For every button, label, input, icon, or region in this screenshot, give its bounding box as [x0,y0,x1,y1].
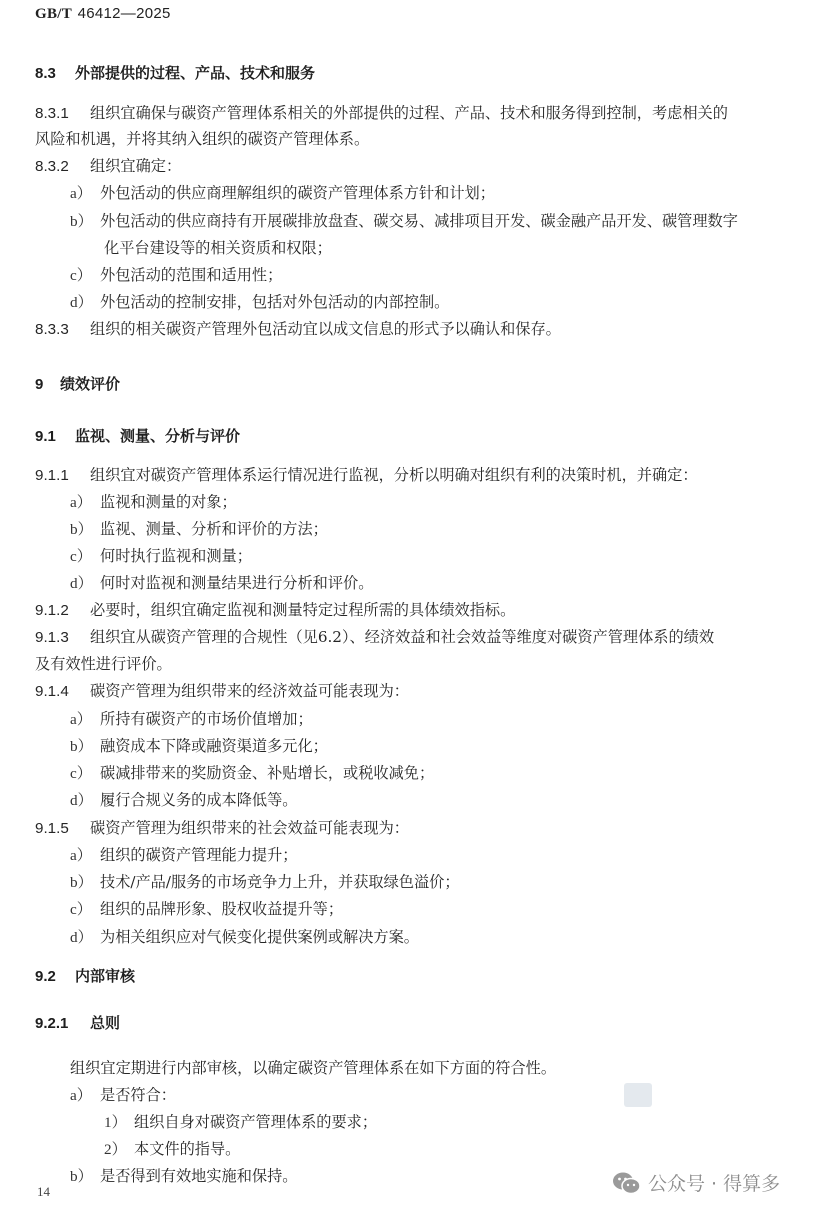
list-item: c）外包活动的范围和适用性； [70,265,282,286]
section-heading: 9.1监视、测量、分析与评价 [35,426,240,447]
line-text: 外包活动的控制安排，包括对外包活动的内部控制。 [100,293,449,311]
item-label: d） [70,791,100,811]
list-item: b）融资成本下降或融资渠道多元化； [70,736,328,757]
line-text: 总则 [90,1014,120,1032]
line-text: 是否符合： [100,1086,176,1104]
item-label: a） [70,1086,100,1106]
list-item: a）所持有碳资产的市场价值增加； [70,709,313,730]
line-text: 组织的品牌形象、股权收益提升等； [100,900,343,918]
line-text: 外包活动的供应商持有开展碳排放盘查、碳交易、减排项目开发、碳金融产品开发、碳管理… [100,212,738,230]
paragraph-line: 9.1.2必要时，组织宜确定监视和测量特定过程所需的具体绩效指标。 [35,600,515,621]
paragraph-line: 风险和机遇，并将其纳入组织的碳资产管理体系。 [35,129,369,149]
line-text: 风险和机遇，并将其纳入组织的碳资产管理体系。 [35,130,369,148]
list-item: b）监视、测量、分析和评价的方法； [70,519,328,540]
section-heading: 9绩效评价 [35,374,120,395]
line-text: 履行合规义务的成本降低等。 [100,791,297,809]
list-item: 1）组织自身对碳资产管理体系的要求； [104,1112,377,1133]
line-text: 碳资产管理为组织带来的社会效益可能表现为： [90,819,409,837]
clause-number: 8.3.1 [35,104,90,124]
section-heading: 9.2.1总则 [35,1013,120,1034]
line-text: 技术/产品/服务的市场竞争力上升，并获取绿色溢价； [100,873,460,891]
item-label: c） [70,266,100,286]
item-label: b） [70,212,100,232]
line-text: 为相关组织应对气候变化提供案例或解决方案。 [100,928,419,946]
line-text: 监视、测量、分析与评价 [75,427,240,445]
clause-number: 9.1 [35,427,75,447]
line-text: 外包活动的范围和适用性； [100,266,282,284]
list-item: c）碳减排带来的奖励资金、补贴增长，或税收减免； [70,763,434,784]
line-text: 所持有碳资产的市场价值增加； [100,710,313,728]
list-item: c）组织的品牌形象、股权收益提升等； [70,899,343,920]
list-item: b）外包活动的供应商持有开展碳排放盘查、碳交易、减排项目开发、碳金融产品开发、碳… [70,211,738,232]
line-text: 化平台建设等的相关资质和权限； [104,239,332,257]
line-text: 及有效性进行评价。 [35,655,172,673]
line-text: 外部提供的过程、产品、技术和服务 [75,64,315,82]
list-item: b）是否得到有效地实施和保持。 [70,1166,297,1187]
item-label: a） [70,184,100,204]
list-item: a）监视和测量的对象； [70,492,237,513]
line-text: 外包活动的供应商理解组织的碳资产管理体系方针和计划； [100,184,495,202]
line-text: 绩效评价 [60,375,120,393]
line-text: 何时执行监视和测量； [100,547,252,565]
line-text: 组织宜确保与碳资产管理体系相关的外部提供的过程、产品、技术和服务得到控制，考虑相… [90,104,728,122]
watermark-text: 公众号 · 得算多 [648,1169,780,1196]
item-label: b） [70,1167,100,1187]
list-item: b）技术/产品/服务的市场竞争力上升，并获取绿色溢价； [70,872,460,893]
clause-number: 9 [35,375,60,395]
line-text: 组织的碳资产管理能力提升； [100,846,297,864]
paragraph-line: 9.1.4碳资产管理为组织带来的经济效益可能表现为： [35,681,409,702]
item-label: b） [70,873,100,893]
item-label: 2） [104,1140,134,1160]
line-text: 监视和测量的对象； [100,493,237,511]
paragraph-line: 9.1.3组织宜从碳资产管理的合规性（见6.2）、经济效益和社会效益等维度对碳资… [35,627,714,648]
line-text: 组织宜从碳资产管理的合规性（见6.2）、经济效益和社会效益等维度对碳资产管理体系… [90,628,714,646]
list-item: d）履行合规义务的成本降低等。 [70,790,297,811]
item-label: a） [70,710,100,730]
line-text: 内部审核 [75,967,135,985]
item-label: b） [70,737,100,757]
line-text: 组织自身对碳资产管理体系的要求； [134,1113,377,1131]
section-heading: 8.3外部提供的过程、产品、技术和服务 [35,63,315,84]
paragraph-line: 9.1.1组织宜对碳资产管理体系运行情况进行监视，分析以明确对组织有利的决策时机… [35,465,698,486]
list-item: a）是否符合： [70,1085,176,1106]
line-text: 组织宜对碳资产管理体系运行情况进行监视，分析以明确对组织有利的决策时机，并确定： [90,466,698,484]
list-item: 2）本文件的指导。 [104,1139,240,1160]
paragraph-line: 8.3.3组织的相关碳资产管理外包活动宜以成文信息的形式予以确认和保存。 [35,319,561,340]
list-item: a）组织的碳资产管理能力提升； [70,845,297,866]
item-label: d） [70,928,100,948]
clause-number: 9.2.1 [35,1014,90,1034]
line-text: 监视、测量、分析和评价的方法； [100,520,328,538]
paragraph-line: 化平台建设等的相关资质和权限； [104,238,332,258]
clause-number: 9.1.3 [35,628,90,648]
clause-number: 8.3.2 [35,157,90,177]
item-label: d） [70,293,100,313]
page-number: 14 [37,1184,50,1200]
line-text: 组织宜确定： [90,157,181,175]
clause-number: 9.2 [35,967,75,987]
line-text: 碳减排带来的奖励资金、补贴增长，或税收减免； [100,764,434,782]
list-item: d）何时对监视和测量结果进行分析和评价。 [70,573,373,594]
clause-number: 9.1.5 [35,819,90,839]
clause-number: 9.1.1 [35,466,90,486]
list-item: d）外包活动的控制安排，包括对外包活动的内部控制。 [70,292,449,313]
item-label: a） [70,846,100,866]
item-label: 1） [104,1113,134,1133]
paragraph-line: 8.3.2组织宜确定： [35,156,181,177]
line-text: 组织宜定期进行内部审核，以确定碳资产管理体系在如下方面的符合性。 [70,1059,556,1077]
line-text: 何时对监视和测量结果进行分析和评价。 [100,574,373,592]
document-page: GB/T 46412—2025 8.3外部提供的过程、产品、技术和服务8.3.1… [0,0,831,1216]
watermark: 公众号 · 得算多 [612,1169,780,1196]
clause-number: 8.3 [35,64,75,84]
wechat-icon [612,1171,642,1195]
paragraph-line: 9.1.5碳资产管理为组织带来的社会效益可能表现为： [35,818,409,839]
standard-number: 46412—2025 [78,5,171,22]
line-text: 必要时，组织宜确定监视和测量特定过程所需的具体绩效指标。 [90,601,515,619]
line-text: 组织的相关碳资产管理外包活动宜以成文信息的形式予以确认和保存。 [90,320,561,338]
stamp-mark [624,1083,652,1107]
list-item: c）何时执行监视和测量； [70,546,252,567]
standard-code: GB/T [35,6,72,22]
item-label: b） [70,520,100,540]
line-text: 融资成本下降或融资渠道多元化； [100,737,328,755]
item-label: c） [70,900,100,920]
clause-number: 9.1.4 [35,682,90,702]
item-label: a） [70,493,100,513]
list-item: a）外包活动的供应商理解组织的碳资产管理体系方针和计划； [70,183,495,204]
clause-number: 8.3.3 [35,320,90,340]
line-text: 碳资产管理为组织带来的经济效益可能表现为： [90,682,409,700]
line-text: 是否得到有效地实施和保持。 [100,1167,297,1185]
standard-header: GB/T 46412—2025 [35,4,171,23]
clause-number: 9.1.2 [35,601,90,621]
paragraph-line: 及有效性进行评价。 [35,654,172,674]
item-label: c） [70,764,100,784]
list-item: d）为相关组织应对气候变化提供案例或解决方案。 [70,927,419,948]
paragraph-line: 组织宜定期进行内部审核，以确定碳资产管理体系在如下方面的符合性。 [70,1058,556,1078]
section-heading: 9.2内部审核 [35,966,135,987]
line-text: 本文件的指导。 [134,1140,240,1158]
item-label: c） [70,547,100,567]
item-label: d） [70,574,100,594]
paragraph-line: 8.3.1组织宜确保与碳资产管理体系相关的外部提供的过程、产品、技术和服务得到控… [35,103,728,124]
